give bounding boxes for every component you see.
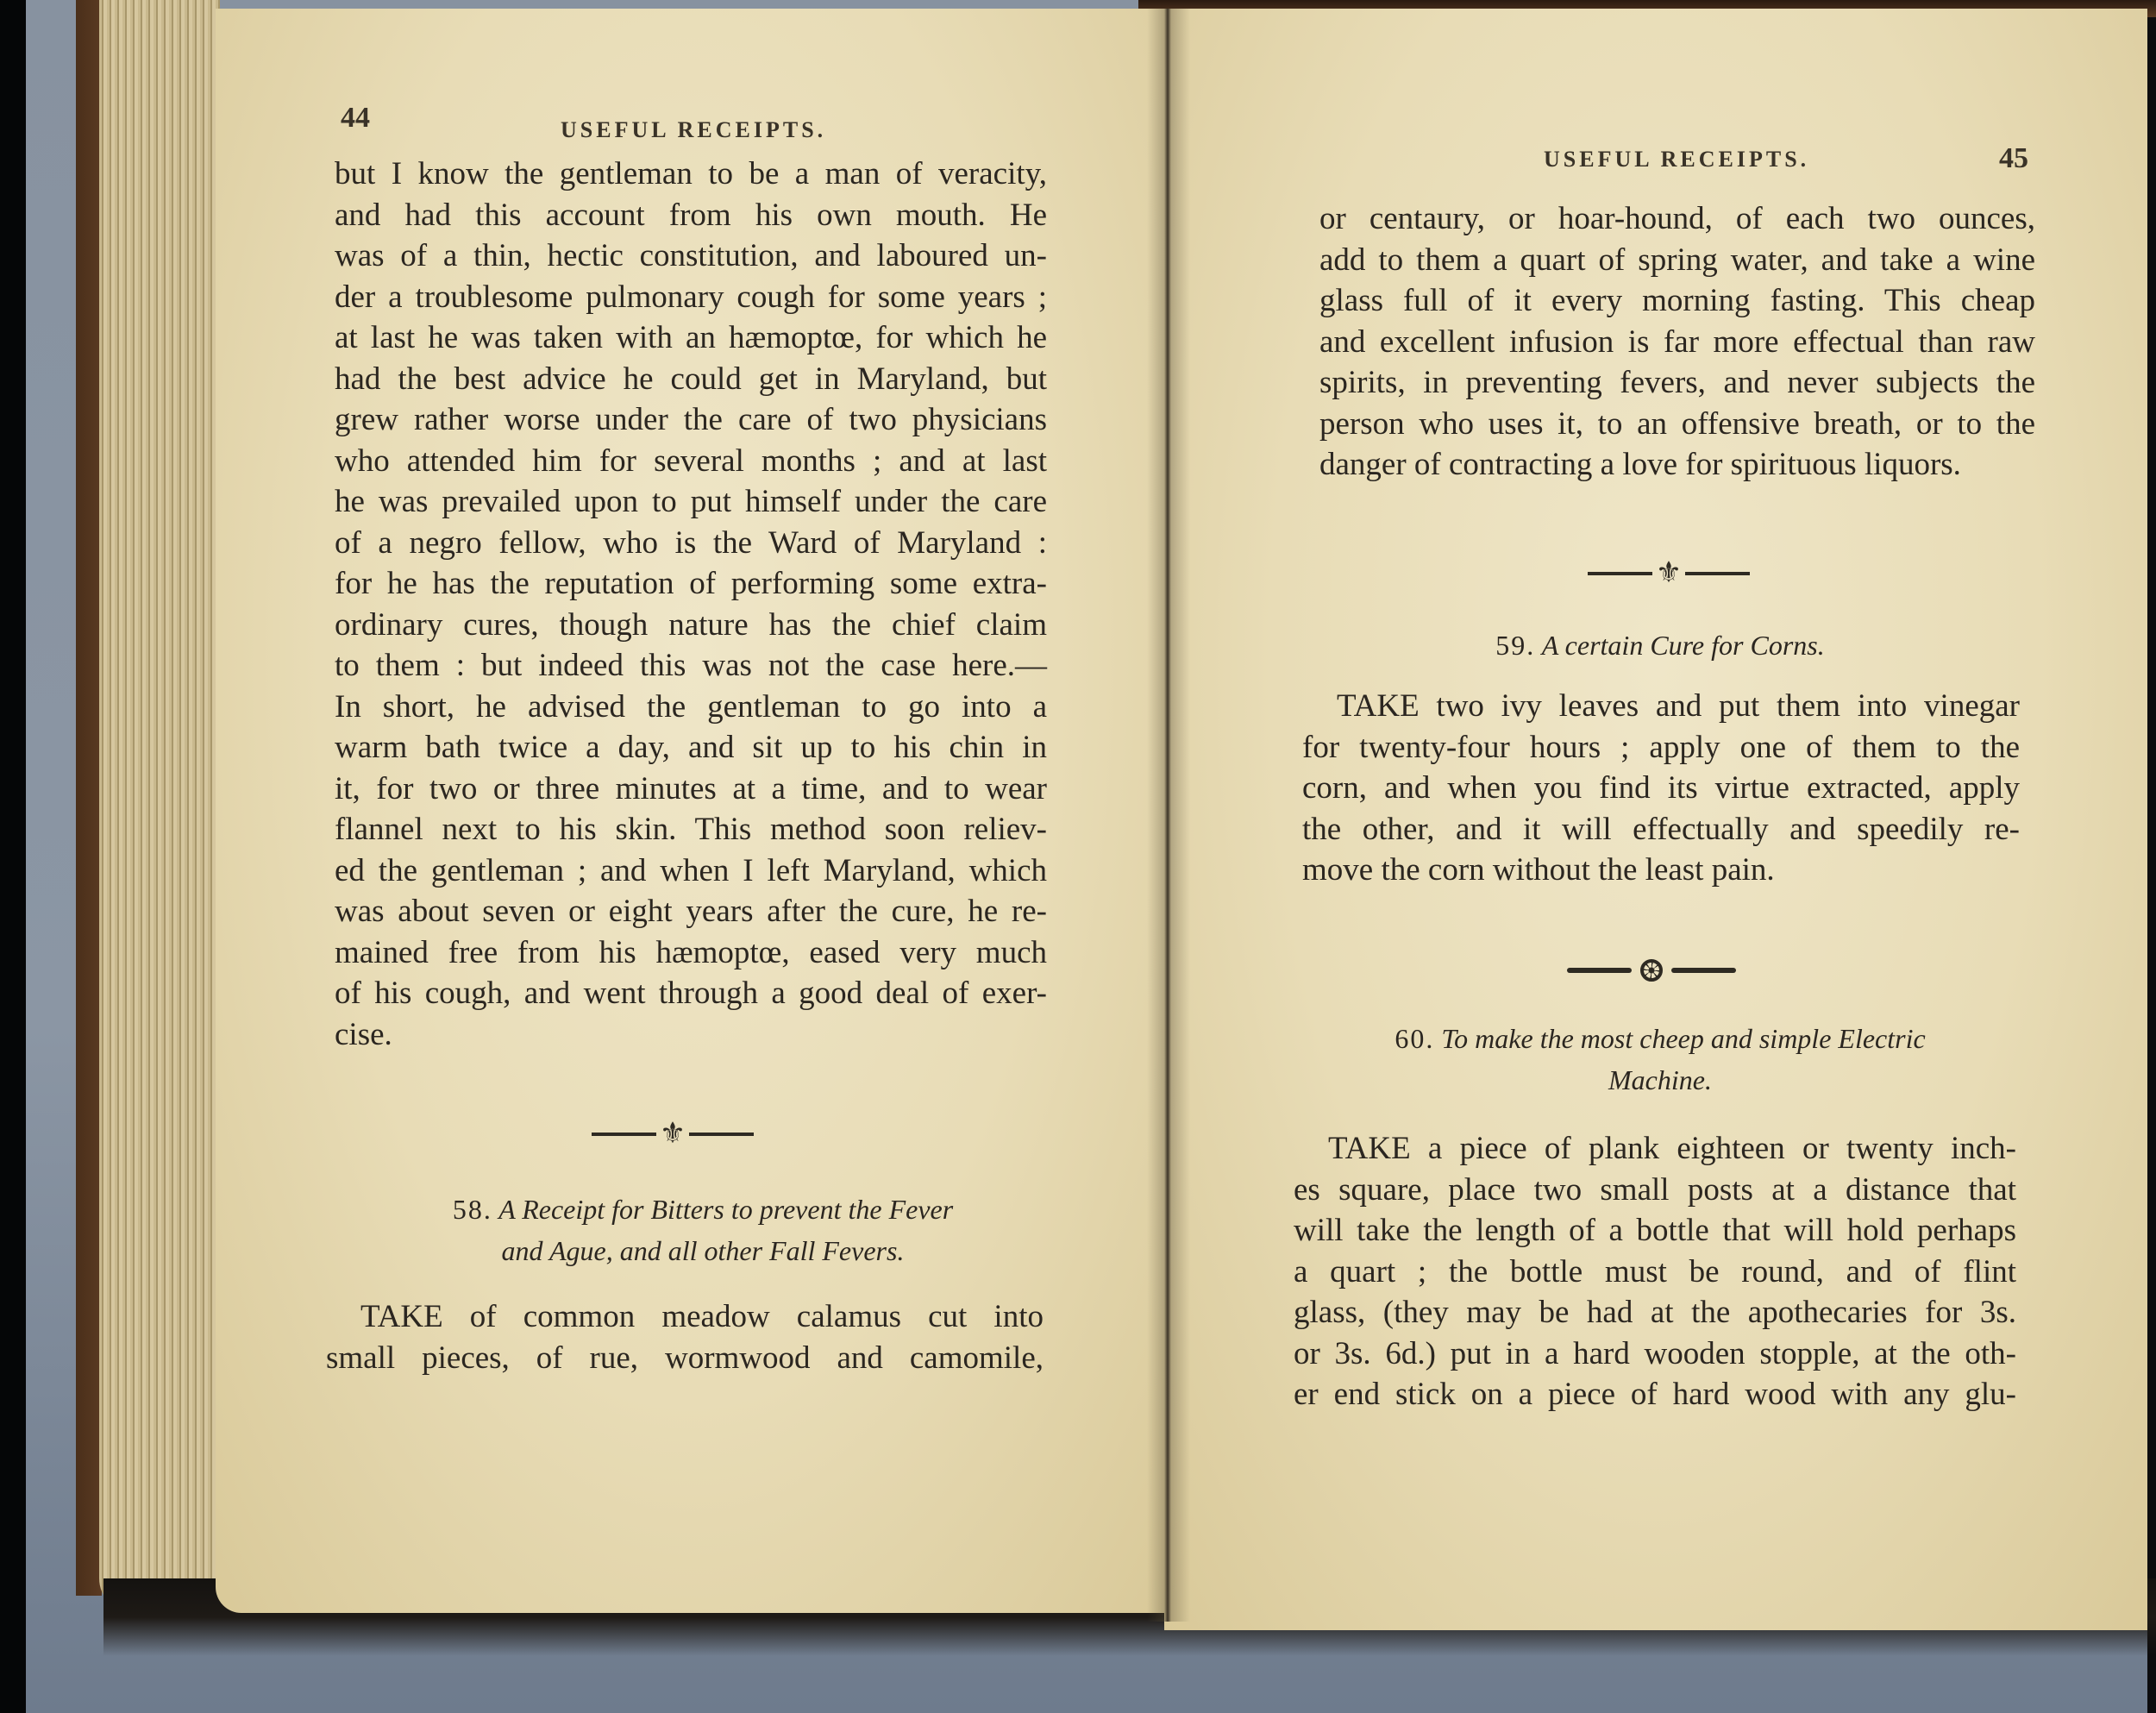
recipe-60-title-line-1: 60. To make the most cheep and simple El…	[1302, 1018, 2018, 1059]
page-number-left: 44	[341, 102, 370, 135]
recipe-60-body: TAKE a piece of plank eighteen or twenty…	[1294, 1128, 2016, 1415]
ornament-rule	[1588, 572, 1652, 575]
page-number-right: 45	[1999, 142, 2028, 175]
text-line: was of a thin, hectic constitution, and …	[335, 235, 1047, 277]
ornament-rule	[592, 1133, 656, 1136]
recipe-title: A Receipt for Bitters to prevent the Fev…	[498, 1194, 953, 1225]
book-cover-edge	[76, 0, 102, 1596]
text-line: and had this account from his own mouth.…	[335, 195, 1047, 236]
text-line: who attended him for several months ; an…	[335, 441, 1047, 482]
text-line: small pieces, of rue, wormwood and camom…	[326, 1338, 1044, 1379]
text-line: danger of contracting a love for spiritu…	[1319, 444, 2035, 486]
text-line: move the corn without the least pain.	[1302, 850, 2020, 891]
text-line: for he has the reputation of performing …	[335, 563, 1047, 605]
text-line: of a negro fellow, who is the Ward of Ma…	[335, 523, 1047, 564]
text-line: will take the length of a bottle that wi…	[1294, 1210, 2016, 1252]
text-line: ordinary cures, though nature has the ch…	[335, 605, 1047, 646]
ornament-taper	[1671, 968, 1736, 973]
right-page: USEFUL RECEIPTS. 45 or centaury, or hoar…	[1164, 9, 2147, 1630]
text-line: of his cough, and went through a good de…	[335, 973, 1047, 1014]
text-line: TAKE a piece of plank eighteen or twenty…	[1294, 1128, 2016, 1170]
recipe-number: 58.	[453, 1194, 492, 1225]
scanner-edge	[0, 0, 26, 1713]
text-line: ed the gentleman ; and when I left Maryl…	[335, 850, 1047, 892]
text-line: but I know the gentleman to be a man of …	[335, 154, 1047, 195]
recipe-number: 59.	[1495, 630, 1535, 661]
recipe-60-heading: 60. To make the most cheep and simple El…	[1302, 1018, 2018, 1101]
recipe-title: A certain Cure for Corns.	[1542, 630, 1825, 661]
fleur-de-lis-ornament: ⚜	[586, 1121, 759, 1147]
text-line: warm bath twice a day, and sit up to his…	[335, 727, 1047, 769]
text-line: glass, (they may be had at the apothecar…	[1294, 1292, 2016, 1333]
text-line: at last he was taken with an hæmoptœ, fo…	[335, 317, 1047, 359]
text-line: In short, he advised the gentleman to go…	[335, 687, 1047, 728]
text-line: er end stick on a piece of hard wood wit…	[1294, 1374, 2016, 1415]
text-line: for twenty-four hours ; apply one of the…	[1302, 727, 2020, 769]
recipe-59-heading: 59. A certain Cure for Corns.	[1302, 624, 2018, 666]
text-line: spirits, in preventing fevers, and never…	[1319, 362, 2035, 404]
running-head-right: USEFUL RECEIPTS.	[1544, 147, 1809, 173]
fleur-de-lis-ornament: ⚜	[1583, 561, 1755, 587]
text-line: or centaury, or hoar-hound, of each two …	[1319, 198, 2035, 240]
right-continued-text: or centaury, or hoar-hound, of each two …	[1319, 198, 2035, 486]
ornament-rule	[689, 1133, 754, 1136]
recipe-58-title-line-2: and Ague, and all other Fall Fevers.	[345, 1230, 1061, 1271]
recipe-58-body: TAKE of common meadow calamus cut into s…	[326, 1296, 1044, 1378]
rosette-ornament	[1552, 957, 1751, 983]
ornament-rule	[1685, 572, 1750, 575]
text-line: TAKE of common meadow calamus cut into	[326, 1296, 1044, 1338]
running-head-left: USEFUL RECEIPTS.	[561, 117, 826, 143]
text-line: der a troublesome pulmonary cough for so…	[335, 277, 1047, 318]
ornament-taper	[1567, 968, 1632, 973]
text-line: flannel next to his skin. This method so…	[335, 809, 1047, 850]
fleur-de-lis-icon: ⚜	[1656, 561, 1682, 587]
text-line: add to them a quart of spring water, and…	[1319, 240, 2035, 281]
text-line: es square, place two small posts at a di…	[1294, 1170, 2016, 1211]
text-line: was about seven or eight years after the…	[335, 891, 1047, 932]
text-line: a quart ; the bottle must be round, and …	[1294, 1252, 2016, 1293]
book-gutter	[1147, 9, 1190, 1622]
left-continued-text: but I know the gentleman to be a man of …	[335, 154, 1047, 1055]
text-line: to them : but indeed this was not the ca…	[335, 645, 1047, 687]
rosette-icon	[1640, 959, 1663, 982]
fleur-de-lis-icon: ⚜	[660, 1121, 686, 1147]
recipe-58-title-line-1: 58. A Receipt for Bitters to prevent the…	[345, 1189, 1061, 1230]
recipe-title: To make the most cheep and simple Electr…	[1441, 1023, 1925, 1054]
recipe-number: 60.	[1395, 1023, 1434, 1054]
recipe-58-heading: 58. A Receipt for Bitters to prevent the…	[345, 1189, 1061, 1271]
left-page: 44 USEFUL RECEIPTS. but I know the gentl…	[216, 9, 1164, 1613]
text-line: mained free from his hæmoptœ, eased very…	[335, 932, 1047, 974]
text-line: TAKE two ivy leaves and put them into vi…	[1302, 686, 2020, 727]
text-line: it, for two or three minutes at a time, …	[335, 769, 1047, 810]
text-line: had the best advice he could get in Mary…	[335, 359, 1047, 400]
text-line: cise.	[335, 1014, 1047, 1056]
recipe-59-body: TAKE two ivy leaves and put them into vi…	[1302, 686, 2020, 891]
text-line: glass full of it every morning fasting. …	[1319, 280, 2035, 322]
text-line: corn, and when you find its virtue extra…	[1302, 768, 2020, 809]
text-line: and excellent infusion is far more effec…	[1319, 322, 2035, 363]
page-block-edges	[99, 0, 220, 1613]
text-line: or 3s. 6d.) put in a hard wooden stopple…	[1294, 1333, 2016, 1375]
text-line: person who uses it, to an offensive brea…	[1319, 404, 2035, 445]
recipe-60-title-line-2: Machine.	[1302, 1059, 2018, 1101]
text-line: grew rather worse under the care of two …	[335, 399, 1047, 441]
text-line: he was prevailed upon to put himself und…	[335, 481, 1047, 523]
text-line: the other, and it will effectually and s…	[1302, 809, 2020, 850]
